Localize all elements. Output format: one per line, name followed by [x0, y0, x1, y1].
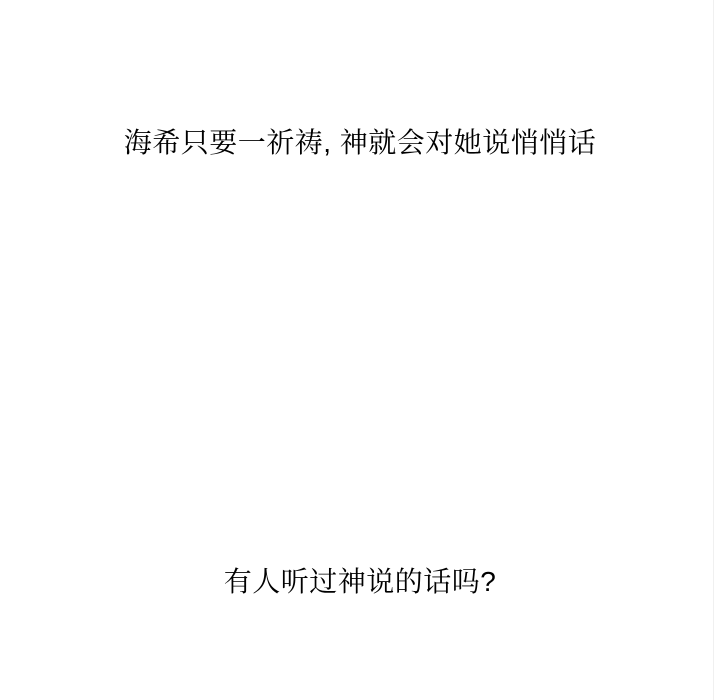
- comic-page: 海希只要一祈祷, 神就会对她说悄悄话 有人听过神说的话吗?: [0, 0, 720, 700]
- narration-text-bottom: 有人听过神说的话吗?: [0, 566, 720, 598]
- page-edge-line: [713, 0, 714, 700]
- narration-text-top: 海希只要一祈祷, 神就会对她说悄悄话: [0, 127, 720, 159]
